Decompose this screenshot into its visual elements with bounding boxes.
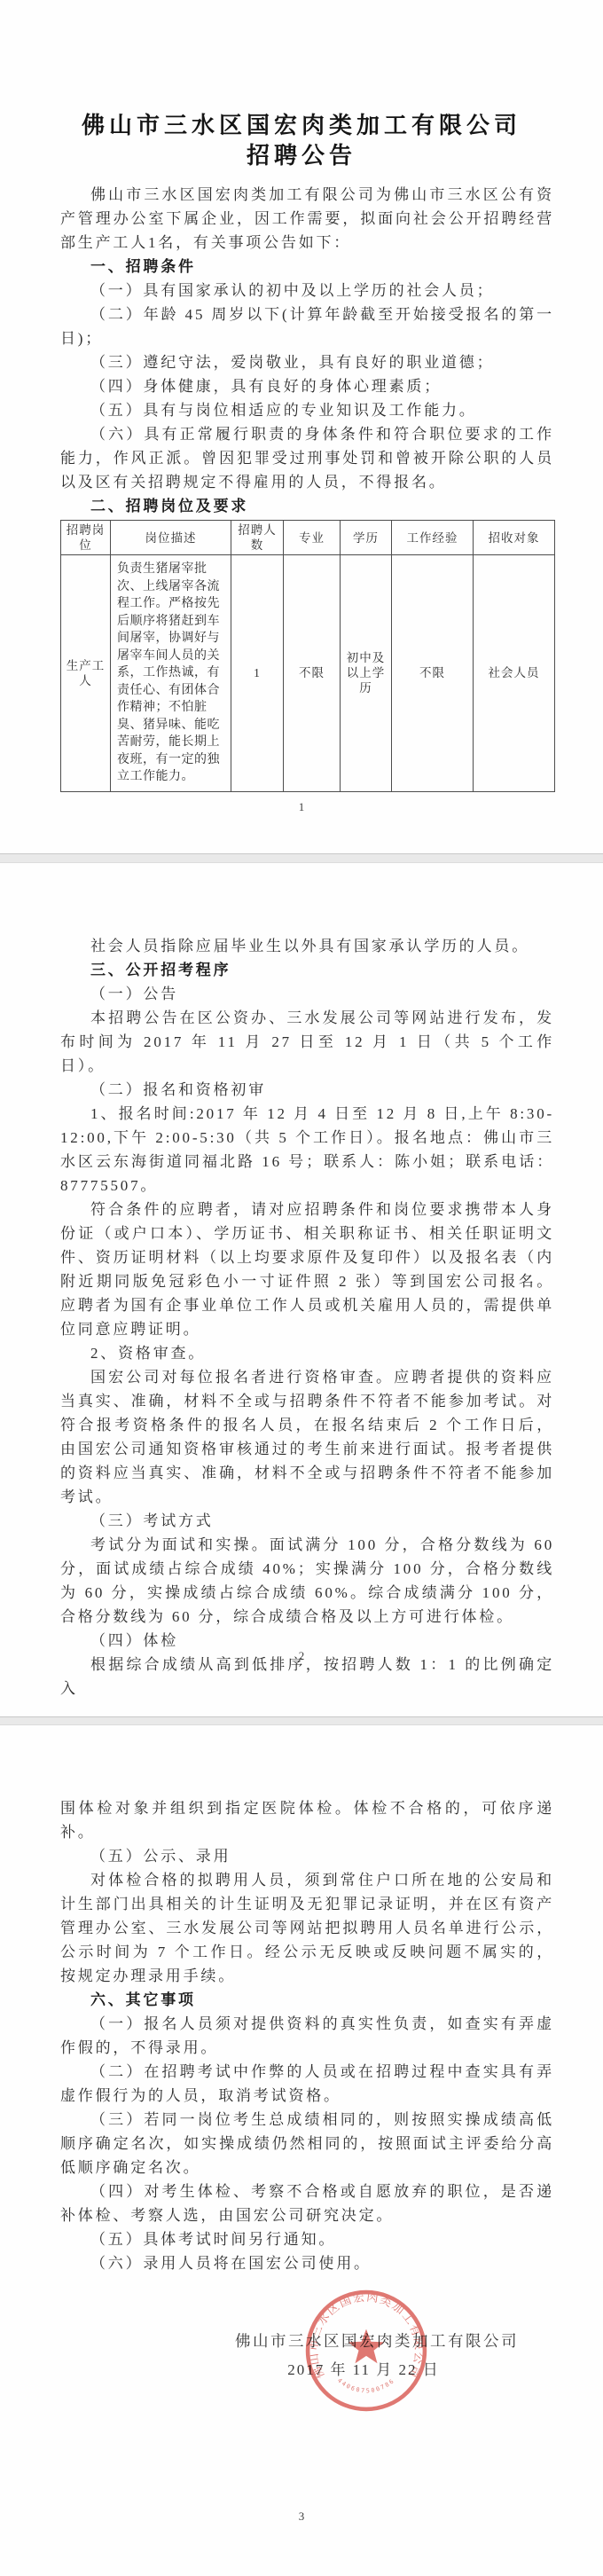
qualification-review-heading: 2、资格审查。	[60, 1341, 554, 1365]
col-header-position: 招聘岗位	[61, 521, 111, 555]
cell-position: 生产工人	[61, 555, 111, 792]
qualification-review-detail: 国宏公司对每位报名者进行资格审查。应聘者提供的资料应当真实、准确，材料不全或与招…	[60, 1365, 554, 1509]
star-icon	[348, 2329, 385, 2364]
other-item-1: （一）报名人员须对提供资料的真实性负责，如查实有弄虚作假的，不得录用。	[60, 2012, 554, 2060]
condition-item-2: （二）年龄 45 周岁以下(计算年龄截至开始接受报名的第一日)；	[60, 302, 554, 350]
cell-count: 1	[231, 555, 284, 792]
svg-text:440607500786: 440607500786	[336, 2377, 396, 2395]
exam-method-detail: 考试分为面试和实操。面试满分 100 分，合格分数线为 60 分，面试成绩占综合…	[60, 1533, 554, 1629]
col-header-description: 岗位描述	[111, 521, 231, 555]
subsection-exam-method: （三）考试方式	[60, 1509, 554, 1533]
publicity-hiring-detail: 对体检合格的拟聘用人员，须到常住户口所在地的公安局和计生部门出具相关的计生证明及…	[60, 1868, 554, 1988]
other-item-5: （五）具体考试时间另行通知。	[60, 2227, 554, 2251]
position-requirements-table: 招聘岗位 岗位描述 招聘人数 专业 学历 工作经验 招收对象 生产工人 负责生猪…	[60, 520, 555, 792]
page-number-3: 3	[0, 2509, 603, 2524]
document-page-3: 围体检对象并组织到指定医院体检。体检不合格的，可依序递补。 （五）公示、录用 对…	[0, 1725, 603, 2576]
page-separator	[0, 1716, 603, 1725]
col-header-count: 招聘人数	[231, 521, 284, 555]
section-heading-other-matters: 六、其它事项	[60, 1988, 554, 2012]
col-header-major: 专业	[284, 521, 341, 555]
subsection-announcement: （一）公告	[60, 982, 554, 1006]
other-item-3: （三）若同一岗位考生总成绩相同的，则按照实操成绩高低顺序确定名次，如实操成绩仍然…	[60, 2108, 554, 2179]
page-3-body: 围体检对象并组织到指定医院体检。体检不合格的，可依序递补。 （五）公示、录用 对…	[0, 1725, 603, 2275]
seal-serial-number: 440607500786	[336, 2377, 396, 2395]
title-subtitle: 招聘公告	[0, 140, 603, 170]
table-header-row: 招聘岗位 岗位描述 招聘人数 专业 学历 工作经验 招收对象	[61, 521, 555, 555]
cell-education: 初中及以上学历	[341, 555, 392, 792]
condition-item-5: （五）具有与岗位相适应的专业知识及工作能力。	[60, 398, 554, 422]
other-item-6: （六）录用人员将在国宏公司使用。	[60, 2251, 554, 2275]
condition-item-1: （一）具有国家承认的初中及以上学历的社会人员；	[60, 279, 554, 302]
cell-description: 负责生猪屠宰批次、上线屠宰各流程工作。严格按先后顺序将猪赶到车间屠宰，协调好与屠…	[111, 555, 231, 792]
cell-target: 社会人员	[474, 555, 555, 792]
document-page-1: 佛山市三水区国宏肉类加工有限公司 招聘公告 佛山市三水区国宏肉类加工有限公司为佛…	[0, 0, 603, 853]
document-page-2: 社会人员指除应届毕业生以外具有国家承认学历的人员。 三、公开招考程序 （一）公告…	[0, 863, 603, 1716]
registration-time-detail: 1、报名时间:2017 年 12 月 4 日至 12 月 8 日,上午 8:30…	[60, 1102, 554, 1198]
col-header-experience: 工作经验	[392, 521, 474, 555]
page-number-2: 2	[0, 1649, 603, 1663]
section-heading-procedure: 三、公开招考程序	[60, 958, 554, 982]
other-item-4: （四）对考生体检、考察不合格或自愿放弃的职位，是否递补体检、考察人选，由国宏公司…	[60, 2179, 554, 2227]
registration-materials-detail: 符合条件的应聘者，请对应招聘条件和岗位要求携带本人身份证（或户口本）、学历证书、…	[60, 1198, 554, 1341]
col-header-target: 招收对象	[474, 521, 555, 555]
section-heading-recruit-conditions: 一、招聘条件	[60, 255, 554, 279]
page-number-1: 1	[0, 800, 603, 814]
cell-experience: 不限	[392, 555, 474, 792]
cell-major: 不限	[284, 555, 341, 792]
announcement-detail: 本招聘公告在区公资办、三水发展公司等网站进行发布，发布时间为 2017 年 11…	[60, 1006, 554, 1078]
condition-item-6: （六）具有正常履行职责的身体条件和符合职位要求的工作能力，作风正派。曾因犯罪受过…	[60, 422, 554, 494]
subsection-publicity-hiring: （五）公示、录用	[60, 1844, 554, 1868]
table-row: 生产工人 负责生猪屠宰批次、上线屠宰各流程工作。严格按先后顺序将猪赶到车间屠宰，…	[61, 555, 555, 792]
subsection-registration: （二）报名和资格初审	[60, 1078, 554, 1102]
section-heading-positions: 二、招聘岗位及要求	[60, 494, 554, 518]
intro-paragraph: 佛山市三水区国宏肉类加工有限公司为佛山市三水区公有资产管理办公室下属企业，因工作…	[60, 183, 554, 255]
condition-item-4: （四）身体健康，具有良好的身体心理素质；	[60, 374, 554, 398]
page-2-body: 社会人员指除应届毕业生以外具有国家承认学历的人员。 三、公开招考程序 （一）公告…	[0, 863, 603, 1700]
other-item-2: （二）在招聘考试中作弊的人员或在招聘过程中查实具有弄虚作假行为的人员，取消考试资…	[60, 2060, 554, 2108]
company-seal-stamp: 佛山市三水区国宏肉类加工有限公司 440607500786	[303, 2288, 429, 2414]
page-separator	[0, 853, 603, 863]
document-title: 佛山市三水区国宏肉类加工有限公司 招聘公告	[0, 0, 603, 170]
col-header-education: 学历	[341, 521, 392, 555]
physical-exam-detail-continued: 围体检对象并组织到指定医院体检。体检不合格的，可依序递补。	[60, 1796, 554, 1844]
condition-item-3: （三）遵纪守法，爱岗敬业，具有良好的职业道德；	[60, 350, 554, 374]
social-personnel-note: 社会人员指除应届毕业生以外具有国家承认学历的人员。	[60, 934, 554, 958]
page-1-body: 佛山市三水区国宏肉类加工有限公司为佛山市三水区公有资产管理办公室下属企业，因工作…	[0, 183, 603, 518]
title-company-name: 佛山市三水区国宏肉类加工有限公司	[0, 110, 603, 140]
